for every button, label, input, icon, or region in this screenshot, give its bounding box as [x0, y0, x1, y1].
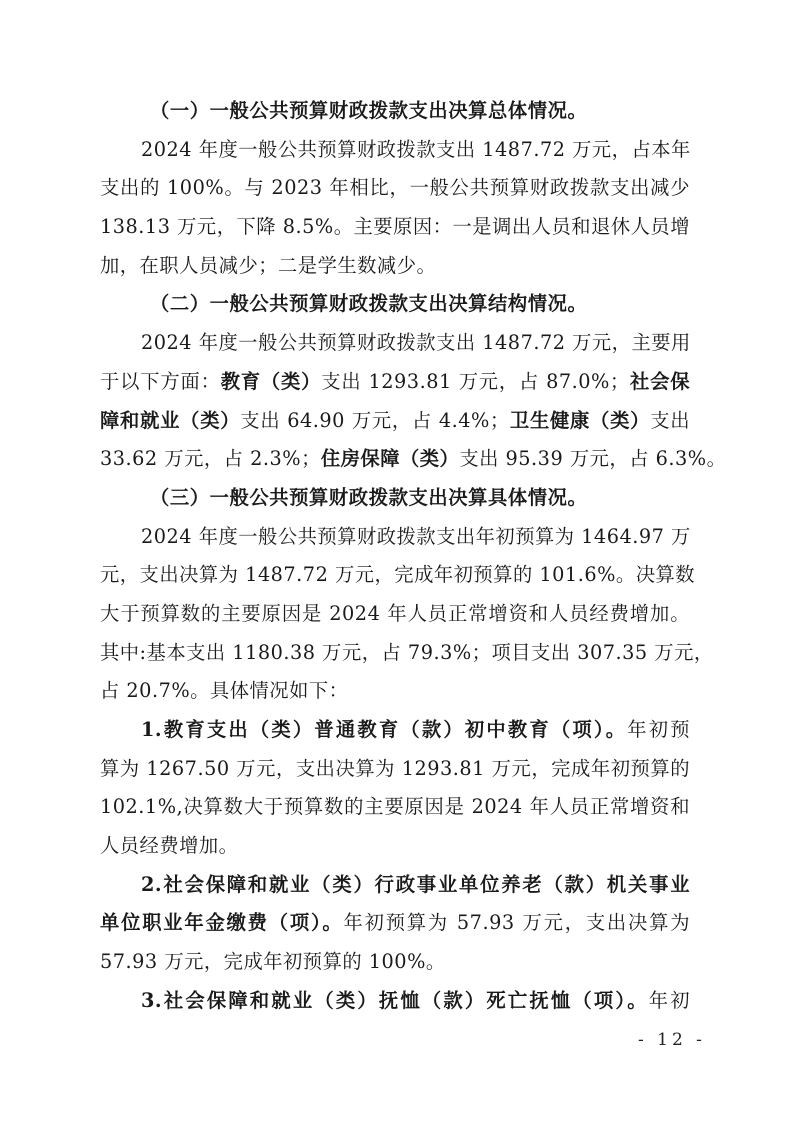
text-run: 于以下方面：: [100, 370, 221, 393]
text-run: 支出 95.39 万元，占 6.3%。: [459, 447, 726, 470]
paragraph-line: 于以下方面：教育（类）支出 1293.81 万元，占 87.0%；社会保: [100, 363, 690, 402]
paragraph-line: 138.13 万元，下降 8.5%。主要原因：一是调出人员和退休人员增: [100, 208, 690, 247]
paragraph-line: 占 20.7%。具体情况如下：: [100, 672, 690, 711]
paragraph-line: 人员经费增加。: [100, 827, 690, 866]
paragraph-line: 2024 年度一般公共预算财政拨款支出 1487.72 万元，占本年: [100, 131, 690, 170]
text-run: 支出: [650, 409, 690, 432]
paragraph-line: 支出的 100%。与 2023 年相比，一般公共预算财政拨款支出减少: [100, 169, 690, 208]
category-social-security-end: 障和就业（类）: [100, 409, 240, 432]
paragraph-line: 33.62 万元，占 2.3%；住房保障（类）支出 95.39 万元，占 6.3…: [100, 440, 690, 479]
paragraph-line: 障和就业（类）支出 64.90 万元，占 4.4%；卫生健康（类）支出: [100, 402, 690, 441]
section-heading-1: （一）一般公共预算财政拨款支出决算总体情况。: [100, 92, 690, 131]
category-education: 教育（类）: [221, 370, 322, 393]
paragraph-line: 102.1%,决算数大于预算数的主要原因是 2024 年人员正常增资和: [100, 788, 690, 827]
item-3-title: 3.社会保障和就业（类）抚恤（款）死亡抚恤（项）。: [141, 989, 649, 1012]
paragraph-line: 大于预算数的主要原因是 2024 年人员正常增资和人员经费增加。: [100, 595, 690, 634]
item-2-title-line-2: 单位职业年金缴费（项）。: [100, 911, 344, 934]
paragraph-line: 元，支出决算为 1487.72 万元，完成年初预算的 101.6%。决算数: [100, 556, 690, 595]
paragraph-line: 2024 年度一般公共预算财政拨款支出 1487.72 万元，主要用: [100, 324, 690, 363]
text-run: 年初预: [627, 718, 690, 741]
item-2-title-line-1: 2.社会保障和就业（类）行政事业单位养老（款）机关事业: [100, 866, 690, 905]
item-1-line: 1.教育支出（类）普通教育（款）初中教育（项）。年初预: [100, 711, 690, 750]
item-1-title: 1.教育支出（类）普通教育（款）初中教育（项）。: [141, 718, 627, 741]
category-social-security-start: 社会保: [630, 370, 690, 393]
text-run: 33.62 万元，占 2.3%；: [100, 447, 321, 470]
paragraph-line: 57.93 万元，完成年初预算的 100%。: [100, 943, 690, 982]
item-3-line: 3.社会保障和就业（类）抚恤（款）死亡抚恤（项）。年初: [100, 982, 690, 1021]
document-page: （一）一般公共预算财政拨款支出决算总体情况。 2024 年度一般公共预算财政拨款…: [100, 92, 690, 1021]
text-run: 支出 64.90 万元，占 4.4%；: [240, 409, 509, 432]
page-number: - 12 -: [638, 1030, 706, 1050]
category-health: 卫生健康（类）: [510, 409, 651, 432]
paragraph-line: 其中:基本支出 1180.38 万元，占 79.3%；项目支出 307.35 万…: [100, 634, 690, 673]
paragraph-line: 2024 年度一般公共预算财政拨款支出年初预算为 1464.97 万: [100, 518, 690, 557]
text-run: 支出 1293.81 万元，占 87.0%；: [321, 370, 629, 393]
text-run: 年初: [649, 989, 690, 1012]
section-heading-2: （二）一般公共预算财政拨款支出决算结构情况。: [100, 285, 690, 324]
category-housing: 住房保障（类）: [321, 447, 459, 470]
paragraph-line: 加，在职人员减少；二是学生数减少。: [100, 247, 690, 286]
item-2-line: 单位职业年金缴费（项）。年初预算为 57.93 万元，支出决算为: [100, 904, 690, 943]
section-heading-3: （三）一般公共预算财政拨款支出决算具体情况。: [100, 479, 690, 518]
text-run: 年初预算为 57.93 万元，支出决算为: [344, 911, 691, 934]
paragraph-line: 算为 1267.50 万元，支出决算为 1293.81 万元，完成年初预算的: [100, 750, 690, 789]
